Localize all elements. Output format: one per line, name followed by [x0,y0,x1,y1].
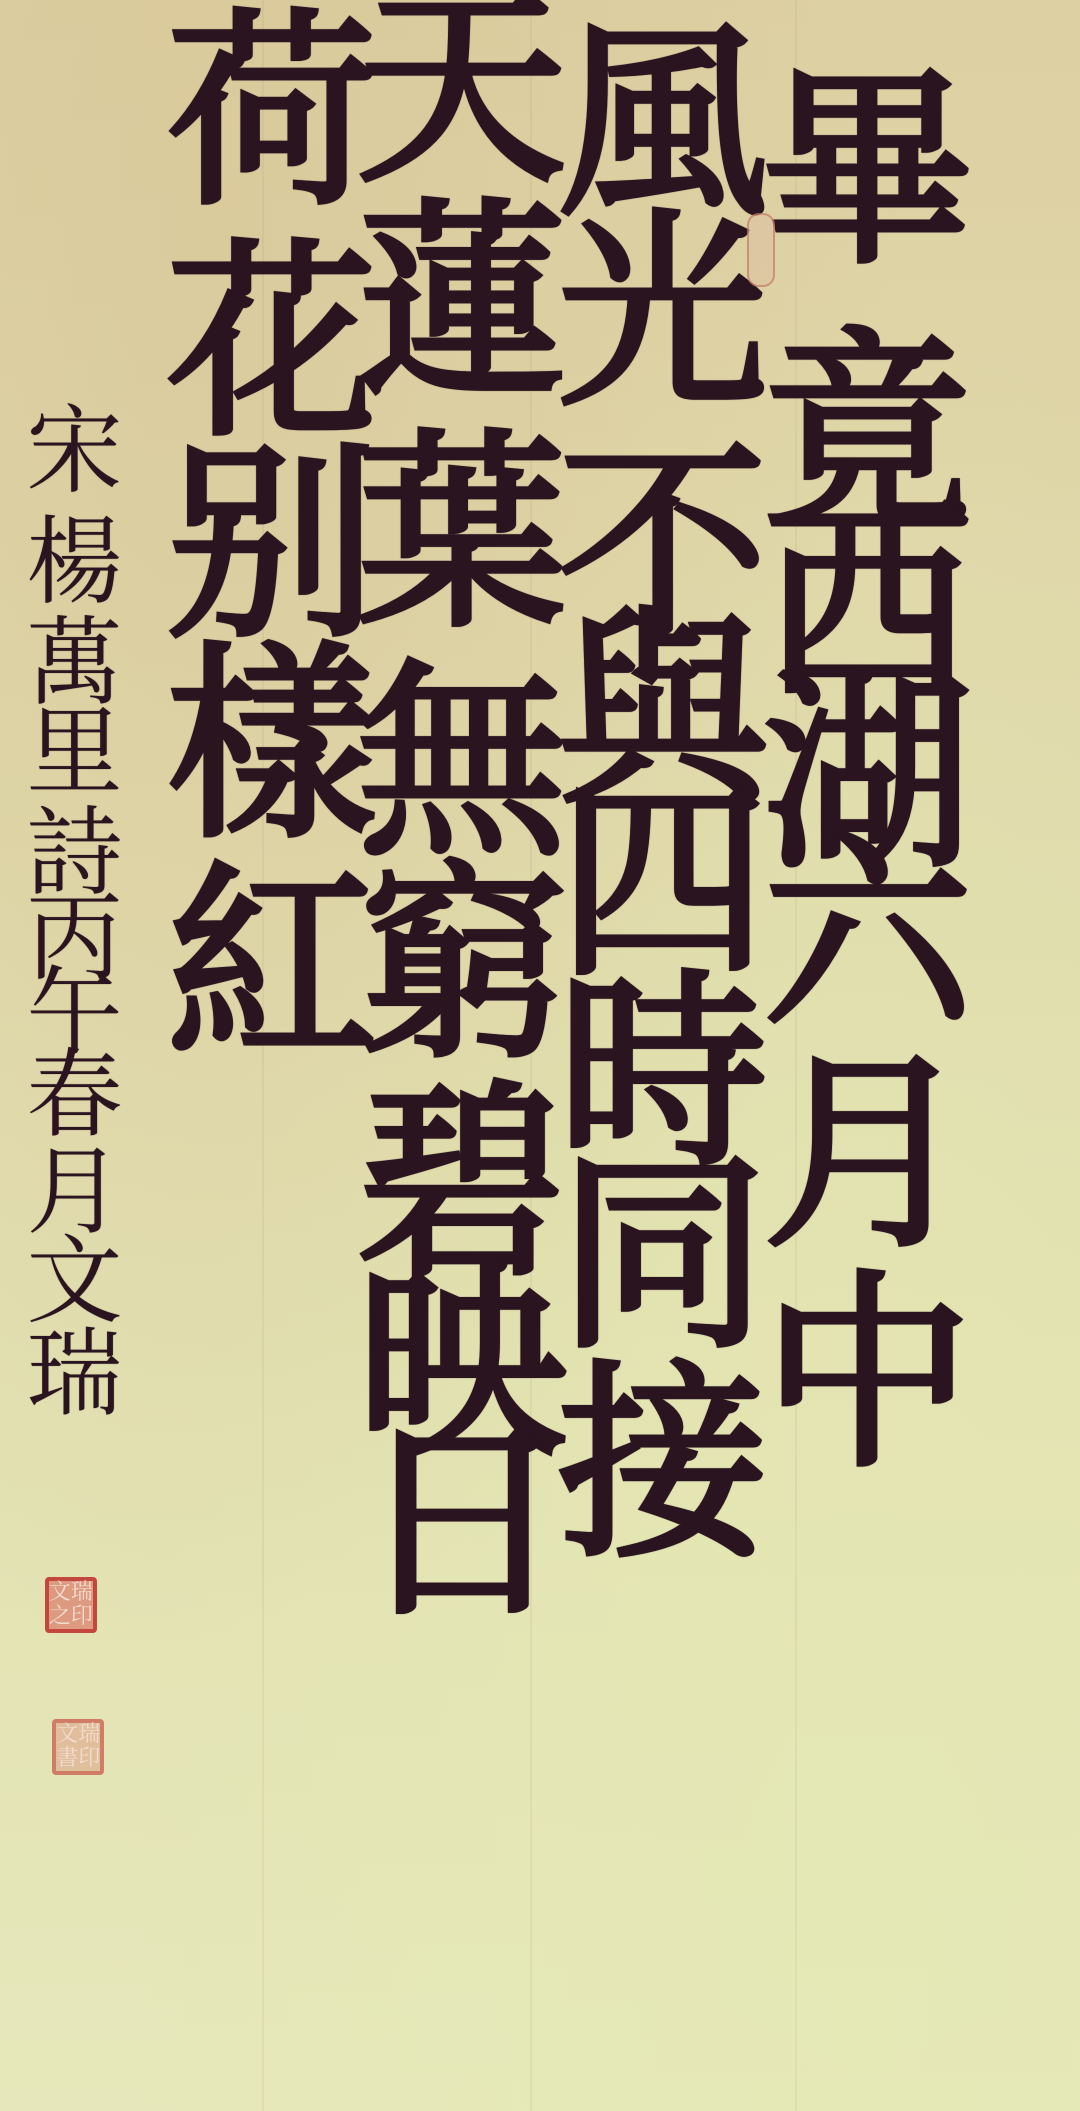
seal-glyph: 之 [49,1606,71,1628]
poem-character: 荷 [167,7,377,217]
inscription-character: 里 [26,704,122,800]
poem-character: 窮 [357,860,567,1070]
seal-glyph: 印 [71,1606,93,1628]
seal-glyph: 文 [49,1582,71,1604]
poem-character: 光 [558,208,768,418]
calligraphy-scroll: 畢竟西湖六月中風光不與四時同接天蓮葉無窮碧映日荷花别樣紅 宋楊萬里詩丙午春月文瑞… [0,0,1080,2111]
poem-character: 中 [763,1269,973,1479]
poem-character: 同 [558,1150,768,1360]
inscription-character: 春 [26,1047,122,1143]
inscription-character: 宋 [26,403,122,499]
poem-character: 樣 [167,640,377,850]
poem-character: 無 [357,658,567,868]
poem-character: 六 [763,830,973,1040]
artist-name-seal: 文瑞之印 [45,1577,97,1633]
artist-style-seal: 文瑞書印 [52,1719,104,1775]
seal-glyph: 文 [56,1724,78,1746]
poem-character: 紅 [167,860,377,1070]
seal-glyph: 印 [78,1748,100,1770]
poem-character: 月 [763,1049,973,1259]
poem-character: 畢 [763,66,973,276]
inscription-character: 文 [26,1233,122,1329]
inscription-character: 瑞 [26,1326,122,1422]
poem-character: 接 [558,1359,768,1569]
seal-glyph: 瑞 [78,1724,100,1746]
poem-character: 蓮 [357,197,567,407]
inscription-character: 楊 [26,514,122,610]
poem-character: 天 [357,0,567,194]
seal-glyph: 瑞 [71,1582,93,1604]
poem-character: 花 [167,238,377,448]
seal-glyph: 書 [56,1748,78,1770]
poem-character: 日 [357,1418,567,1628]
leading-seal [747,213,775,287]
poem-character: 葉 [357,428,567,638]
poem-character: 别 [167,439,377,649]
